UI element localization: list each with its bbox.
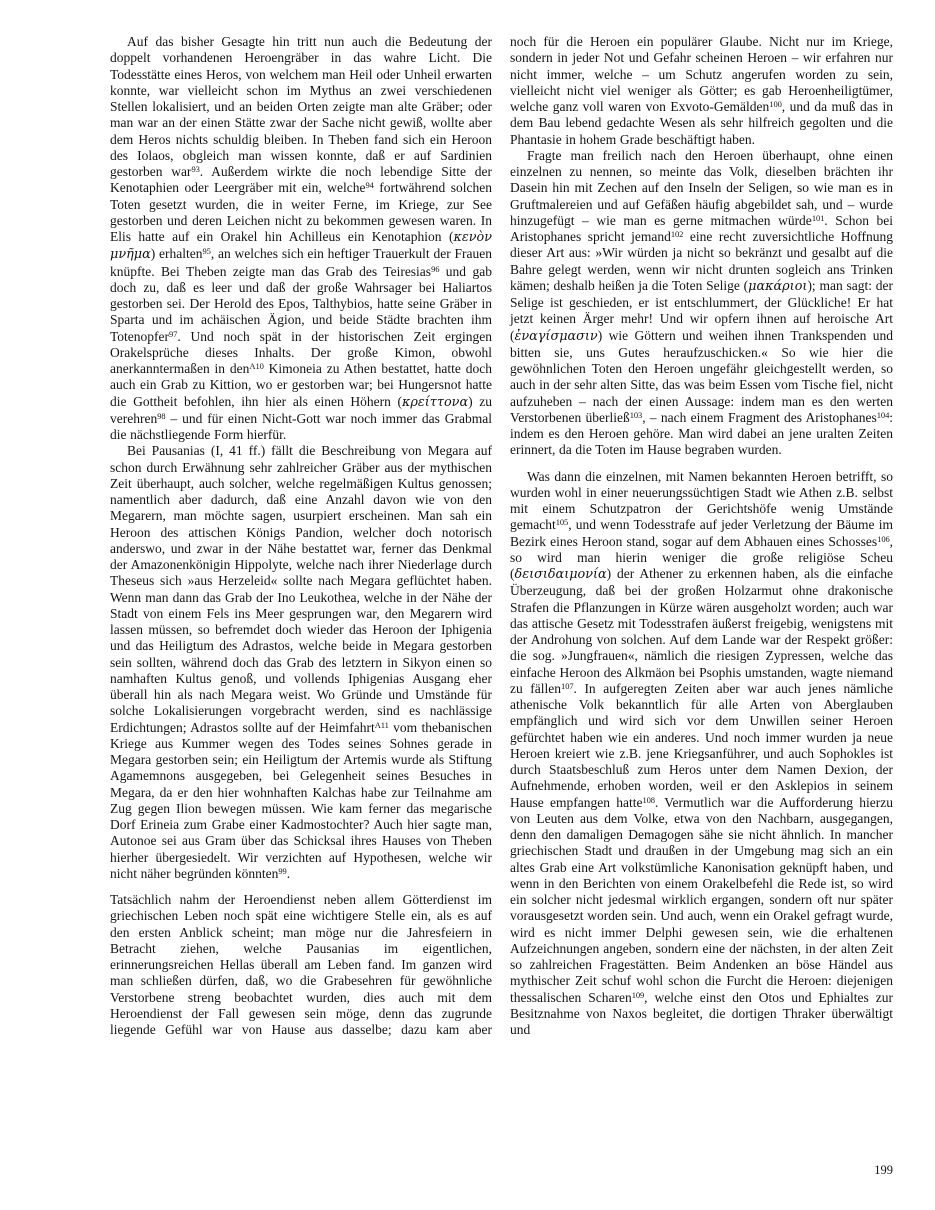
footnote-marker: 96 [431,264,439,274]
footnote-marker: A11 [375,720,389,730]
footnote-marker: 104 [877,410,889,420]
greek-phrase: κρείττονα [402,395,468,410]
footnote-marker: 107 [561,681,573,691]
paragraph: Fragte man freilich nach den Heroen über… [510,148,893,459]
greek-phrase: κενὸν μνῆμα [110,230,492,262]
footnote-marker: 94 [365,180,373,190]
footnote-marker: 105 [556,517,568,527]
greek-phrase: μακάριοι [748,279,807,294]
text-column-left: Auf das bisher Gesagte hin tritt nun auc… [110,34,492,1038]
footnote-marker: 109 [632,990,644,1000]
footnote-marker: 93 [191,164,199,174]
footnote-marker: 103 [630,410,642,420]
footnote-marker: 108 [642,795,654,805]
footnote-marker: 99 [278,866,286,876]
footnote-marker: A10 [249,361,263,371]
footnote-marker: 106 [877,534,889,544]
page-number: 199 [874,1163,893,1178]
footnote-marker: 98 [157,411,165,421]
footnote-marker: 101 [812,213,824,223]
footnote-marker: 100 [769,99,781,109]
book-page: Auf das bisher Gesagte hin tritt nun auc… [0,0,935,1210]
footnote-marker: 97 [169,329,177,339]
footnote-marker: 95 [203,246,211,256]
greek-phrase: ἐναγίσμασιν [515,329,598,344]
paragraph: Tatsächlich nahm der Heroendienst neben … [110,892,492,1038]
greek-phrase: δεισιδαιμονία [515,567,607,582]
paragraph: Bei Pausanias (I, 41 ff.) fällt die Besc… [110,443,492,882]
footnote-marker: 102 [671,229,683,239]
paragraph: noch für die Heroen ein populärer Glaube… [510,34,893,148]
paragraph: Was dann die einzelnen, mit Namen bekann… [510,469,893,1039]
text-column-right: noch für die Heroen ein populärer Glaube… [510,34,893,1038]
paragraph: Auf das bisher Gesagte hin tritt nun auc… [110,34,492,443]
